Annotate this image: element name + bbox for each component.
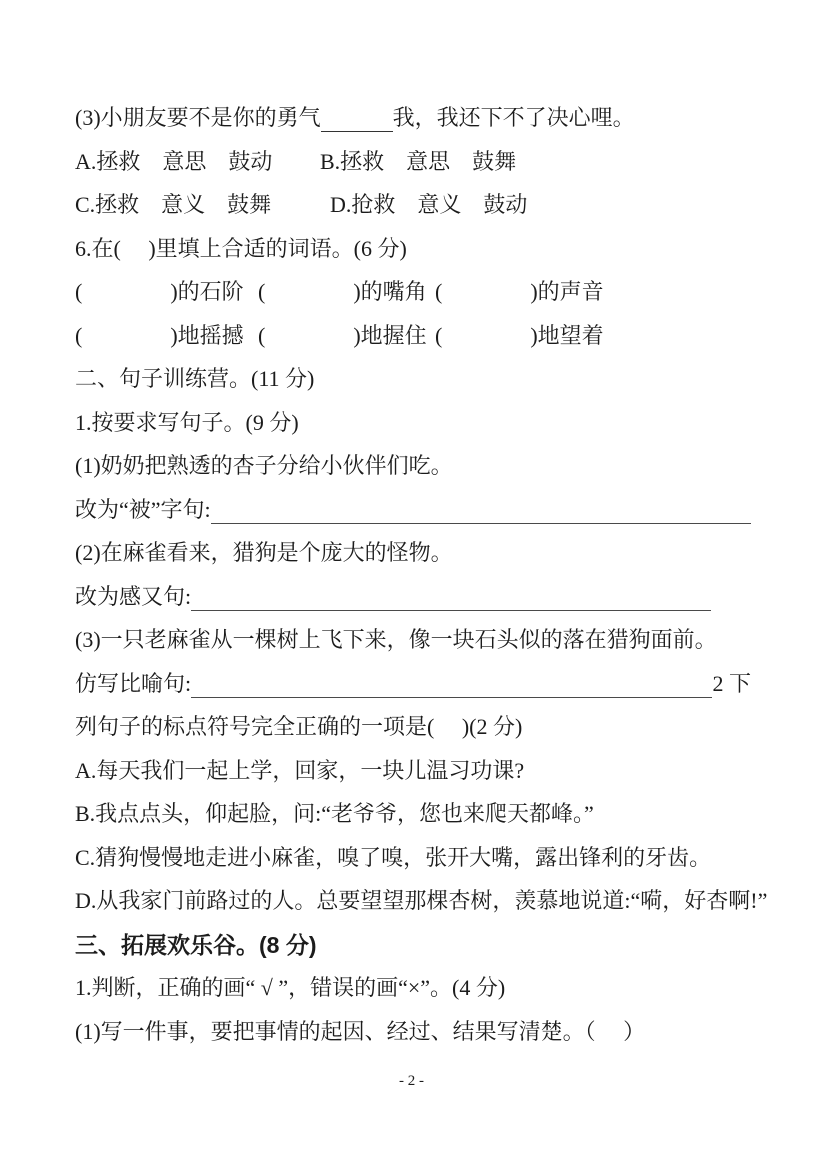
q5-option-d: D.抢救 意义 鼓动: [330, 188, 527, 219]
exam-paper-page: (3)小朋友要不是你的勇气我，我还下不了决心哩。 A.拯救 意思 鼓动B.拯救 …: [0, 0, 823, 1165]
q6-fill-cell: ( )地望着: [435, 319, 604, 350]
s3q1-item1-line: (1)写一件事，要把事情的起因、经过、结果写清楚。（ ）: [75, 1009, 751, 1053]
s2q1-item1-label: 改为“被”字句:: [75, 493, 211, 524]
q5-option-a: A.拯救 意思 鼓动: [75, 145, 320, 176]
s2q1-item3: (3)一只老麻雀从一棵树上飞下来，像一块石头似的落在猎狗面前。: [75, 623, 717, 654]
s2q2-option-d: D.从我家门前路过的人。总要望望那棵杏树，羡慕地说道:“嗬，好杏啊!”: [75, 884, 767, 915]
s2q1-item3-answer-line: 仿写比喻句:2 下: [75, 661, 751, 705]
q5-item3-post: 我，我还下不了决心哩。: [393, 101, 635, 132]
s3q1-item1: (1)写一件事，要把事情的起因、经过、结果写清楚。（ ）: [75, 1015, 645, 1046]
q6-fill-row1: ( )的石阶( )的嘴角( )的声音: [75, 269, 751, 313]
s2q2-option-b-line: B.我点点头，仰起脸，问:“老爷爷，您也来爬天都峰。”: [75, 791, 751, 835]
q5-item3-pre: (3)小朋友要不是你的勇气: [75, 101, 321, 132]
s3q1-stem-line: 1.判断，正确的画“ √ ”，错误的画“×”。(4 分): [75, 965, 751, 1009]
q6-stem: 6.在( )里填上合适的词语。(6 分): [75, 232, 407, 263]
s2q2-stem-line: 列句子的标点符号完全正确的一项是( )(2 分): [75, 704, 751, 748]
q5-option-b: B.拯救 意思 鼓舞: [320, 145, 516, 176]
inline-answer-blank: [321, 107, 393, 132]
page-number: - 2 -: [0, 1073, 823, 1090]
s2q1-stem: 1.按要求写句子。(9 分): [75, 406, 299, 437]
s2q2-wrapped-start: 2 下: [712, 667, 751, 698]
section3-heading-line: 三、拓展欢乐谷。(8 分): [75, 922, 751, 966]
s2q1-item2-label: 改为感又句:: [75, 580, 191, 611]
s2q2-option-c: C.猜狗慢慢地走进小麻雀，嗅了嗅，张开大嘴，露出锋利的牙齿。: [75, 841, 711, 872]
s2q1-item1-answer-line: 改为“被”字句:: [75, 487, 751, 531]
section2-heading-line: 二、句子训练营。(11 分): [75, 356, 751, 400]
s2q1-item3-label: 仿写比喻句:: [75, 667, 191, 698]
page-content: (3)小朋友要不是你的勇气我，我还下不了决心哩。 A.拯救 意思 鼓动B.拯救 …: [75, 95, 751, 1052]
s2q2-option-a-line: A.每天我们一起上学，回家，一块儿温习功课?: [75, 748, 751, 792]
s2q2-option-a: A.每天我们一起上学，回家，一块儿温习功课?: [75, 754, 524, 785]
q5-item3-line: (3)小朋友要不是你的勇气我，我还下不了决心哩。: [75, 95, 751, 139]
answer-rule: [211, 499, 751, 524]
q6-fill-row2: ( )地摇撼( )地握住( )地望着: [75, 313, 751, 357]
s2q1-item2-line: (2)在麻雀看来，猎狗是个庞大的怪物。: [75, 530, 751, 574]
answer-rule: [191, 586, 711, 611]
s2q1-item1-line: (1)奶奶把熟透的杏子分给小伙伴们吃。: [75, 443, 751, 487]
s2q1-stem-line: 1.按要求写句子。(9 分): [75, 400, 751, 444]
q6-fill-cell: ( )的嘴角: [258, 275, 435, 306]
section3-heading: 三、拓展欢乐谷。(8 分): [75, 927, 317, 960]
s2q2-option-d-line: D.从我家门前路过的人。总要望望那棵杏树，羡慕地说道:“嗬，好杏啊!”: [75, 878, 751, 922]
s2q2-option-c-line: C.猜狗慢慢地走进小麻雀，嗅了嗅，张开大嘴，露出锋利的牙齿。: [75, 835, 751, 879]
q5-options-row2: C.拯救 意义 鼓舞D.抢救 意义 鼓动: [75, 182, 751, 226]
answer-rule: [191, 673, 712, 698]
s3q1-stem: 1.判断，正确的画“ √ ”，错误的画“×”。(4 分): [75, 971, 505, 1002]
q5-options-row1: A.拯救 意思 鼓动B.拯救 意思 鼓舞: [75, 139, 751, 183]
s2q1-item2-answer-line: 改为感又句:: [75, 574, 751, 618]
q6-fill-cell: ( )的石阶: [75, 275, 258, 306]
q6-fill-cell: ( )地摇撼: [75, 319, 258, 350]
q6-stem-line: 6.在( )里填上合适的词语。(6 分): [75, 226, 751, 270]
s2q1-item3-line: (3)一只老麻雀从一棵树上飞下来，像一块石头似的落在猎狗面前。: [75, 617, 751, 661]
s2q1-item1: (1)奶奶把熟透的杏子分给小伙伴们吃。: [75, 449, 453, 480]
q5-option-c: C.拯救 意义 鼓舞: [75, 188, 330, 219]
s2q2-option-b: B.我点点头，仰起脸，问:“老爷爷，您也来爬天都峰。”: [75, 797, 594, 828]
s2q2-stem: 列句子的标点符号完全正确的一项是( )(2 分): [75, 710, 522, 741]
section2-heading: 二、句子训练营。(11 分): [75, 362, 314, 393]
s2q1-item2: (2)在麻雀看来，猎狗是个庞大的怪物。: [75, 536, 453, 567]
q6-fill-cell: ( )地握住: [258, 319, 435, 350]
q6-fill-cell: ( )的声音: [435, 275, 604, 306]
